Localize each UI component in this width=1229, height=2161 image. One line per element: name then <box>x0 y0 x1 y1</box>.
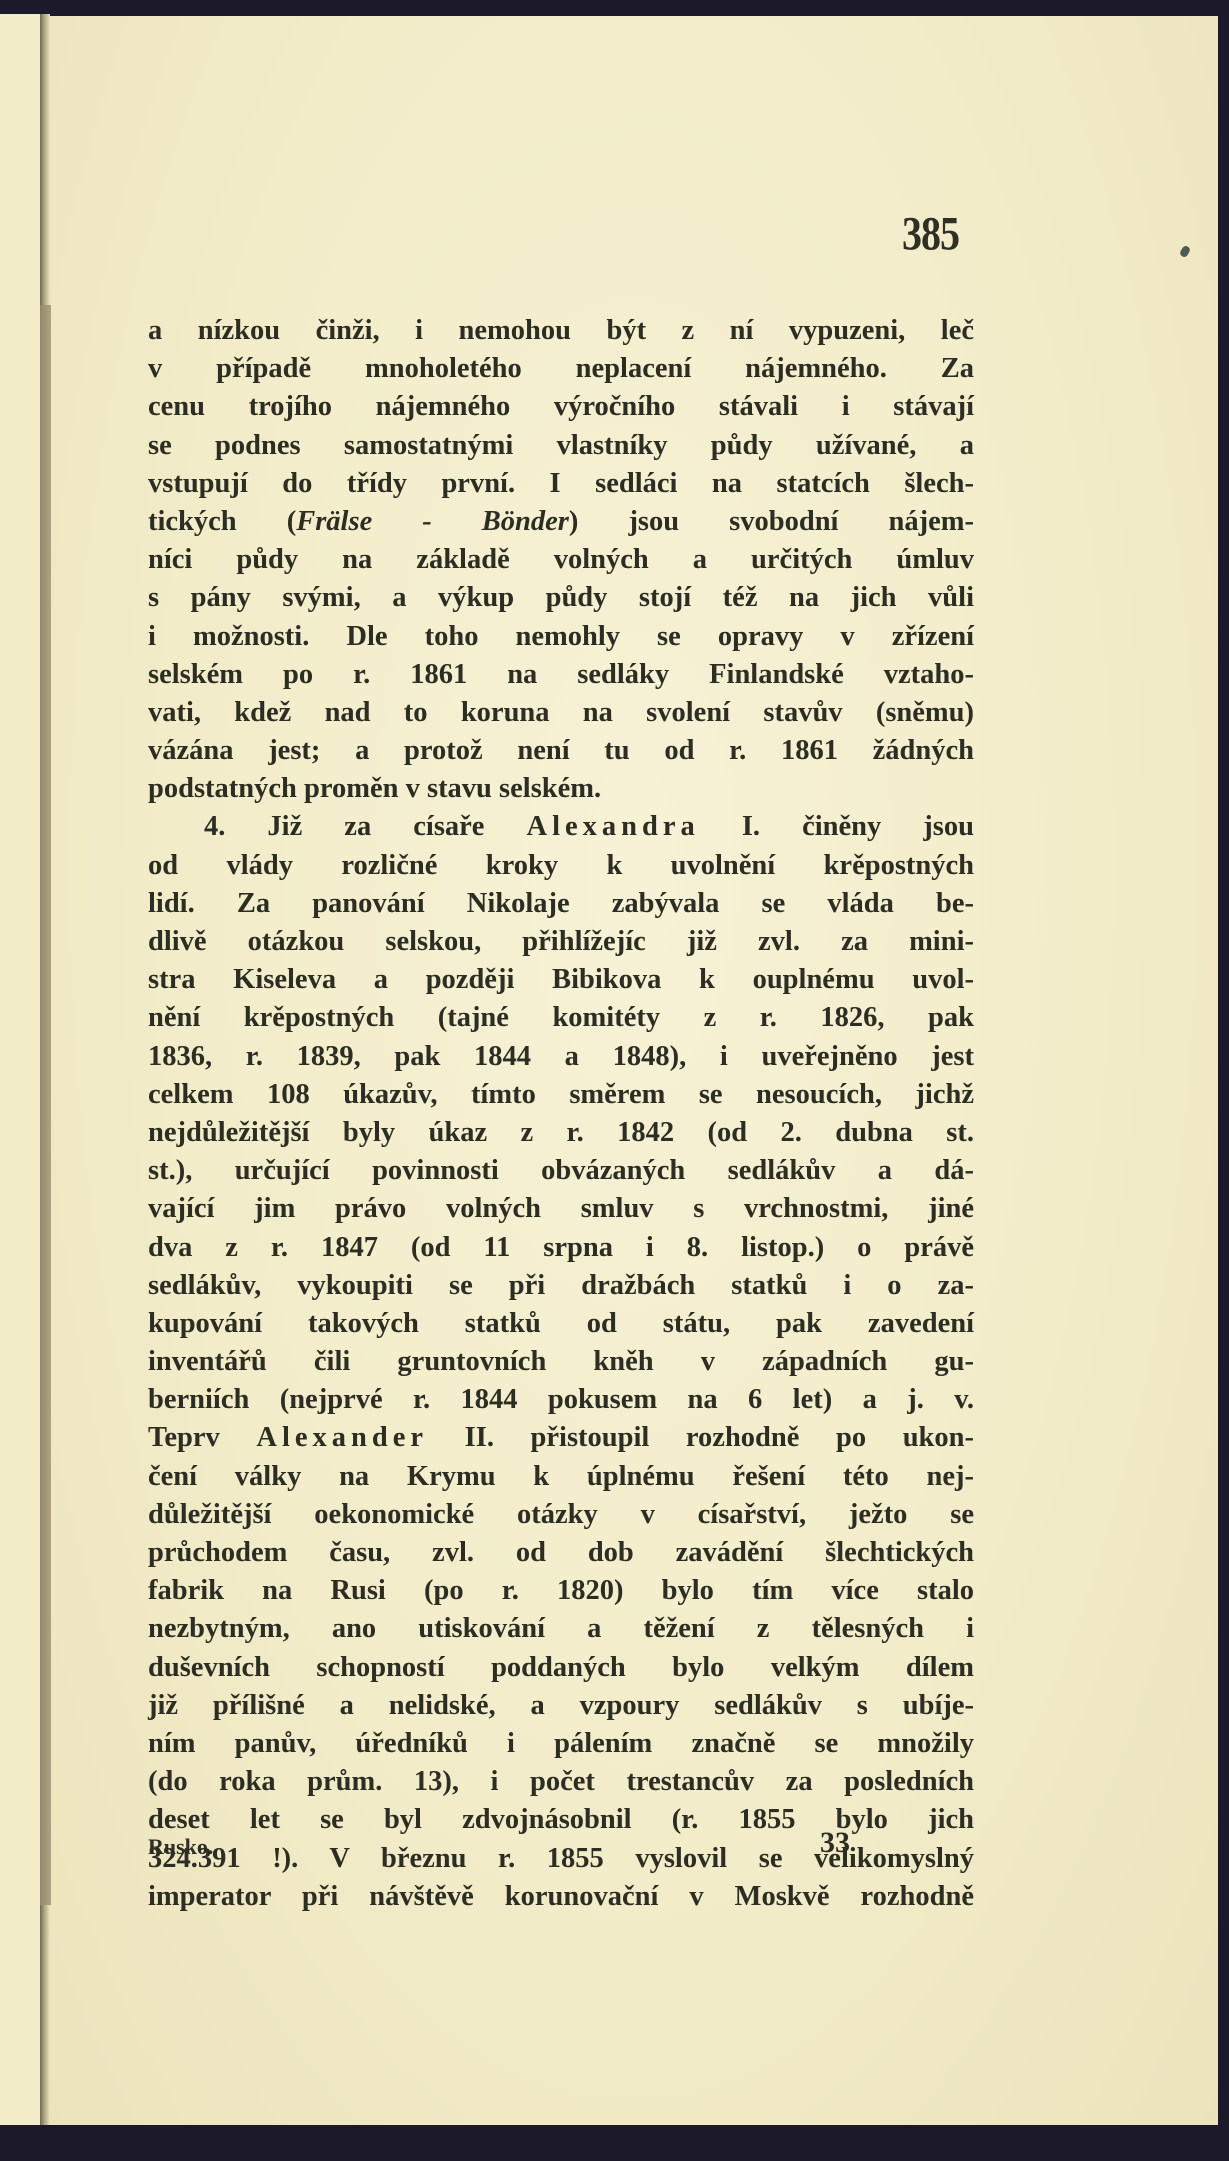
text-line: nění krěpostných (tajné komitéty z r. 18… <box>148 999 974 1037</box>
body-text: a nízkou činži, i nemohou být z ní vypuz… <box>148 312 974 1916</box>
text-line: selském po r. 1861 na sedláky Finlandské… <box>148 656 974 694</box>
text-line: vati, kdež nad to koruna na svolení stav… <box>148 694 974 732</box>
text-line: duševních schopností poddaných bylo velk… <box>148 1649 974 1687</box>
text-line-paragraph-end: podstatných proměn v stavu selském. <box>148 770 974 808</box>
text-line: čení války na Krymu k úplnému řešení tét… <box>148 1458 974 1496</box>
text-line: 324.391 !). V březnu r. 1855 vyslovil se… <box>148 1840 974 1878</box>
text-line: celkem 108 úkazův, tímto směrem se nesou… <box>148 1076 974 1114</box>
page-bottom-frame <box>0 2125 1229 2161</box>
text-line: imperator při návštěvě korunovační v Mos… <box>148 1878 974 1916</box>
text-line: i možnosti. Dle toho nemohly se opravy v… <box>148 618 974 656</box>
text-line: nejdůležitější byly úkaz z r. 1842 (od 2… <box>148 1114 974 1152</box>
text-line-italic-term: tických (Frälse - Bönder) jsou svobodní … <box>148 503 974 541</box>
text-line-paragraph-start: 4. Již za císaře Alexandra I. činěny jso… <box>148 808 974 846</box>
text-line: berniích (nejprvé r. 1844 pokusem na 6 l… <box>148 1381 974 1419</box>
text-line: cenu trojího nájemného výročního stávali… <box>148 388 974 426</box>
text-line: ním panův, úředníků i pálením značně se … <box>148 1725 974 1763</box>
text-line: se podnes samostatnými vlastníky půdy už… <box>148 427 974 465</box>
text-line: 1836, r. 1839, pak 1844 a 1848), i uveře… <box>148 1038 974 1076</box>
text-line: níci půdy na základě volných a určitých … <box>148 541 974 579</box>
text-line: v případě mnoholetého neplacení nájemnéh… <box>148 350 974 388</box>
text-line: vázána jest; a protož není tu od r. 1861… <box>148 732 974 770</box>
text-line: dlivě otázkou selskou, přihlížejíc již z… <box>148 923 974 961</box>
text-line: nezbytným, ano utiskování a těžení z těl… <box>148 1610 974 1648</box>
text-line: inventářů čili gruntovních kněh v západn… <box>148 1343 974 1381</box>
text-line: vající jim právo volných smluv s vrchnos… <box>148 1190 974 1228</box>
text-line: st.), určující povinnosti obvázaných sed… <box>148 1152 974 1190</box>
ink-speck <box>1179 245 1191 259</box>
text-line: s pány svými, a výkup půdy stojí též na … <box>148 579 974 617</box>
page-gutter-mark <box>40 305 51 1905</box>
signature-number: 33 <box>820 1826 850 1860</box>
previous-page-edge <box>0 14 44 2134</box>
text-line: od vlády rozličné kroky k uvolnění krěpo… <box>148 847 974 885</box>
text-line: dva z r. 1847 (od 11 srpna i 8. listop.)… <box>148 1229 974 1267</box>
text-line: důležitější oekonomické otázky v císařst… <box>148 1496 974 1534</box>
text-line: deset let se byl zdvojnásobnil (r. 1855 … <box>148 1801 974 1839</box>
text-line: vstupují do třídy první. I sedláci na st… <box>148 465 974 503</box>
text-line: sedlákův, vykoupiti se při dražbách stat… <box>148 1267 974 1305</box>
page-number: 385 <box>902 205 959 261</box>
signature-label: Rusko. <box>148 1834 213 1860</box>
text-line: Teprv Alexander II. přistoupil rozhodně … <box>148 1419 974 1457</box>
text-line: již přílišné a nelidské, a vzpoury sedlá… <box>148 1687 974 1725</box>
text-line: (do roka prům. 13), i počet trestancův z… <box>148 1763 974 1801</box>
text-line: průchodem času, zvl. od dob zavádění šle… <box>148 1534 974 1572</box>
text-line: lidí. Za panování Nikolaje zabývala se v… <box>148 885 974 923</box>
text-line: fabrik na Rusi (po r. 1820) bylo tím víc… <box>148 1572 974 1610</box>
text-line: kupování takových statků od státu, pak z… <box>148 1305 974 1343</box>
text-line: a nízkou činži, i nemohou být z ní vypuz… <box>148 312 974 350</box>
text-line: stra Kiseleva a později Bibikova k oupln… <box>148 961 974 999</box>
